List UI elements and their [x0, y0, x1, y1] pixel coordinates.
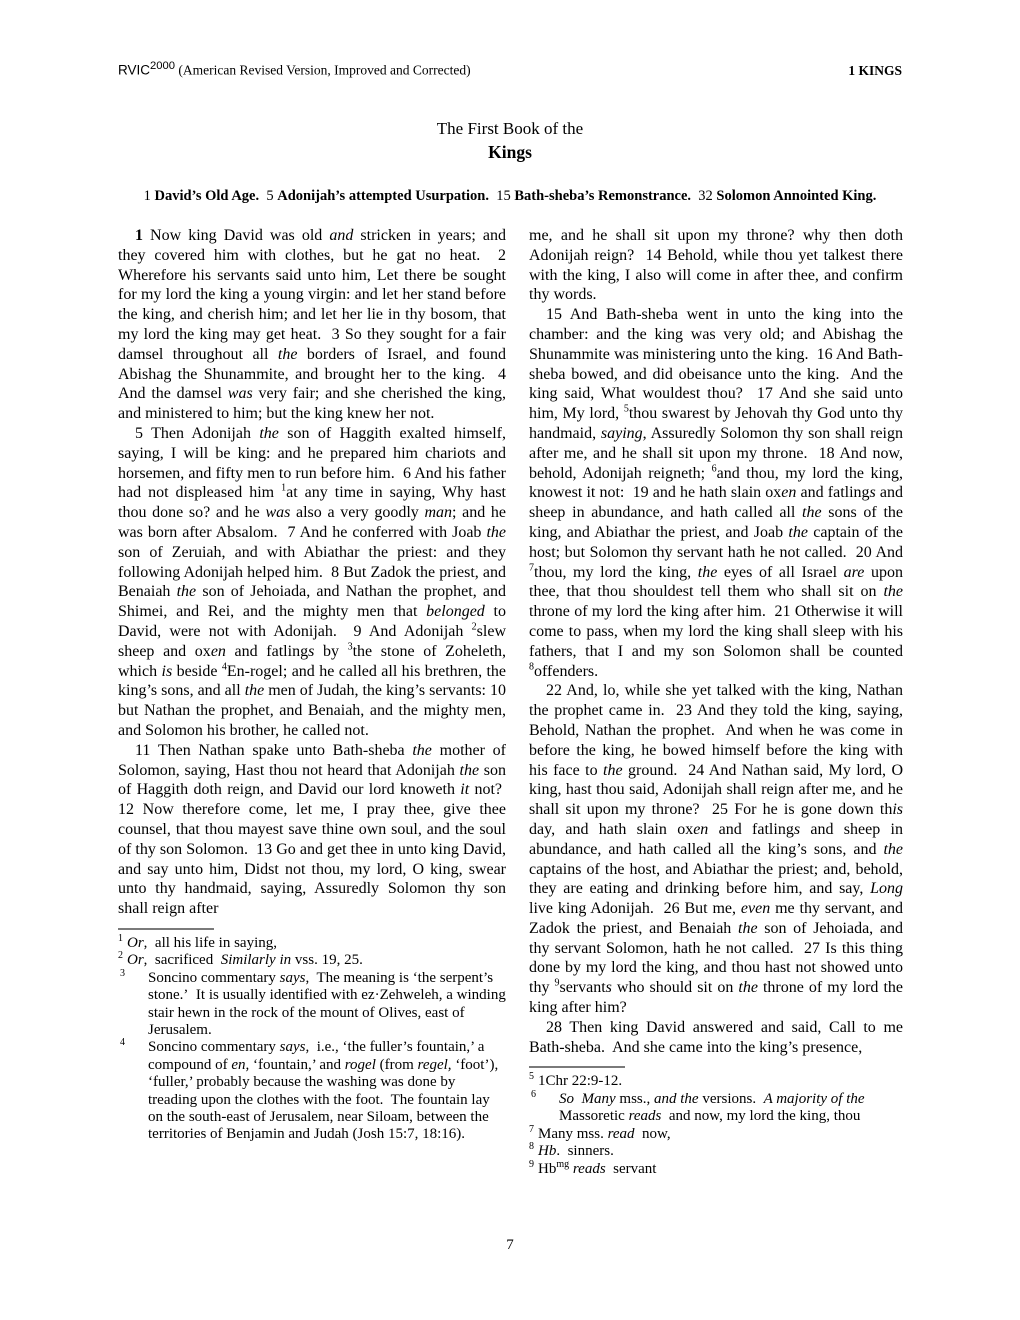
footnote-divider-left — [118, 928, 214, 930]
chapter-summary: 1 David’s Old Age. 5 Adonijah’s attempte… — [0, 188, 1020, 205]
text-columns: 1 Now king David was old and stricken in… — [118, 226, 903, 1178]
footnote-text: Soncino commentary says, i.e., ‘the full… — [148, 1039, 506, 1143]
running-head: 1 KINGS — [848, 63, 902, 79]
body-paragraph: 28 Then king David answered and said, Ca… — [529, 1018, 903, 1058]
body-paragraph: 5 Then Adonijah the son of Haggith exalt… — [118, 424, 506, 741]
right-body: me, and he shall sit upon my throne? why… — [529, 226, 903, 1057]
body-paragraph: me, and he shall sit upon my throne? why… — [529, 226, 903, 305]
footnote-5: 51Chr 22:9-12. — [529, 1073, 903, 1090]
footnote-number: 8 — [529, 1141, 534, 1152]
footnote-number: 2 — [118, 950, 123, 961]
left-body: 1 Now king David was old and stricken in… — [118, 226, 506, 919]
left-column: 1 Now king David was old and stricken in… — [118, 226, 506, 1178]
footnote-number: 1 — [118, 933, 123, 944]
body-paragraph: 1 Now king David was old and stricken in… — [118, 226, 506, 424]
right-footnotes: 51Chr 22:9-12.6So Many mss., and the ver… — [529, 1073, 903, 1177]
footnote-text: Soncino commentary says, The meaning is … — [148, 970, 506, 1040]
footnote-number: 9 — [529, 1159, 534, 1170]
document-page: RVIC2000 (American Revised Version, Impr… — [0, 0, 1020, 1320]
footnote-text: Or, sacrificed Similarly in vss. 19, 25. — [127, 952, 363, 968]
footnote-text: Or, all his life in saying, — [127, 935, 277, 951]
page-number: 7 — [0, 1237, 1020, 1254]
footnote-text: 1Chr 22:9-12. — [538, 1073, 622, 1089]
footnote-text: So Many mss., and the versions. A majori… — [559, 1091, 903, 1126]
footnote-text: Hb. sinners. — [538, 1143, 614, 1159]
edition-abbrev: RVIC — [118, 63, 150, 78]
right-column: me, and he shall sit upon my throne? why… — [529, 226, 903, 1178]
footnote-number: 5 — [529, 1071, 534, 1082]
footnote-7: 7Many mss. read now, — [529, 1126, 903, 1143]
title-block: The First Book of the Kings — [0, 119, 1020, 163]
footnote-8: 8Hb. sinners. — [529, 1143, 903, 1160]
footnote-1: 1Or, all his life in saying, — [118, 935, 506, 952]
edition-superscript: 2000 — [150, 60, 175, 72]
body-paragraph: 22 And, lo, while she yet talked with th… — [529, 681, 903, 1018]
footnote-4: 4Soncino commentary says, i.e., ‘the ful… — [118, 1039, 506, 1143]
book-title-line1: The First Book of the — [0, 119, 1020, 139]
footnote-2: 2Or, sacrificed Similarly in vss. 19, 25… — [118, 952, 506, 969]
left-footnotes: 1Or, all his life in saying,2Or, sacrifi… — [118, 935, 506, 1144]
footnote-text: Hbmg reads servant — [538, 1161, 656, 1177]
body-paragraph: 15 And Bath-sheba went in unto the king … — [529, 305, 903, 681]
footnote-3: 3Soncino commentary says, The meaning is… — [118, 970, 506, 1040]
body-paragraph: 11 Then Nathan spake unto Bath-sheba the… — [118, 741, 506, 919]
book-title-line2: Kings — [0, 142, 1020, 163]
footnote-6: 6So Many mss., and the versions. A major… — [529, 1091, 903, 1126]
edition-label: RVIC2000 (American Revised Version, Impr… — [118, 60, 471, 79]
edition-note: (American Revised Version, Improved and … — [175, 63, 471, 78]
page-header: RVIC2000 (American Revised Version, Impr… — [118, 60, 902, 79]
footnote-divider-right — [529, 1066, 625, 1068]
footnote-9: 9Hbmg reads servant — [529, 1161, 903, 1178]
footnote-text: Many mss. read now, — [538, 1126, 671, 1142]
